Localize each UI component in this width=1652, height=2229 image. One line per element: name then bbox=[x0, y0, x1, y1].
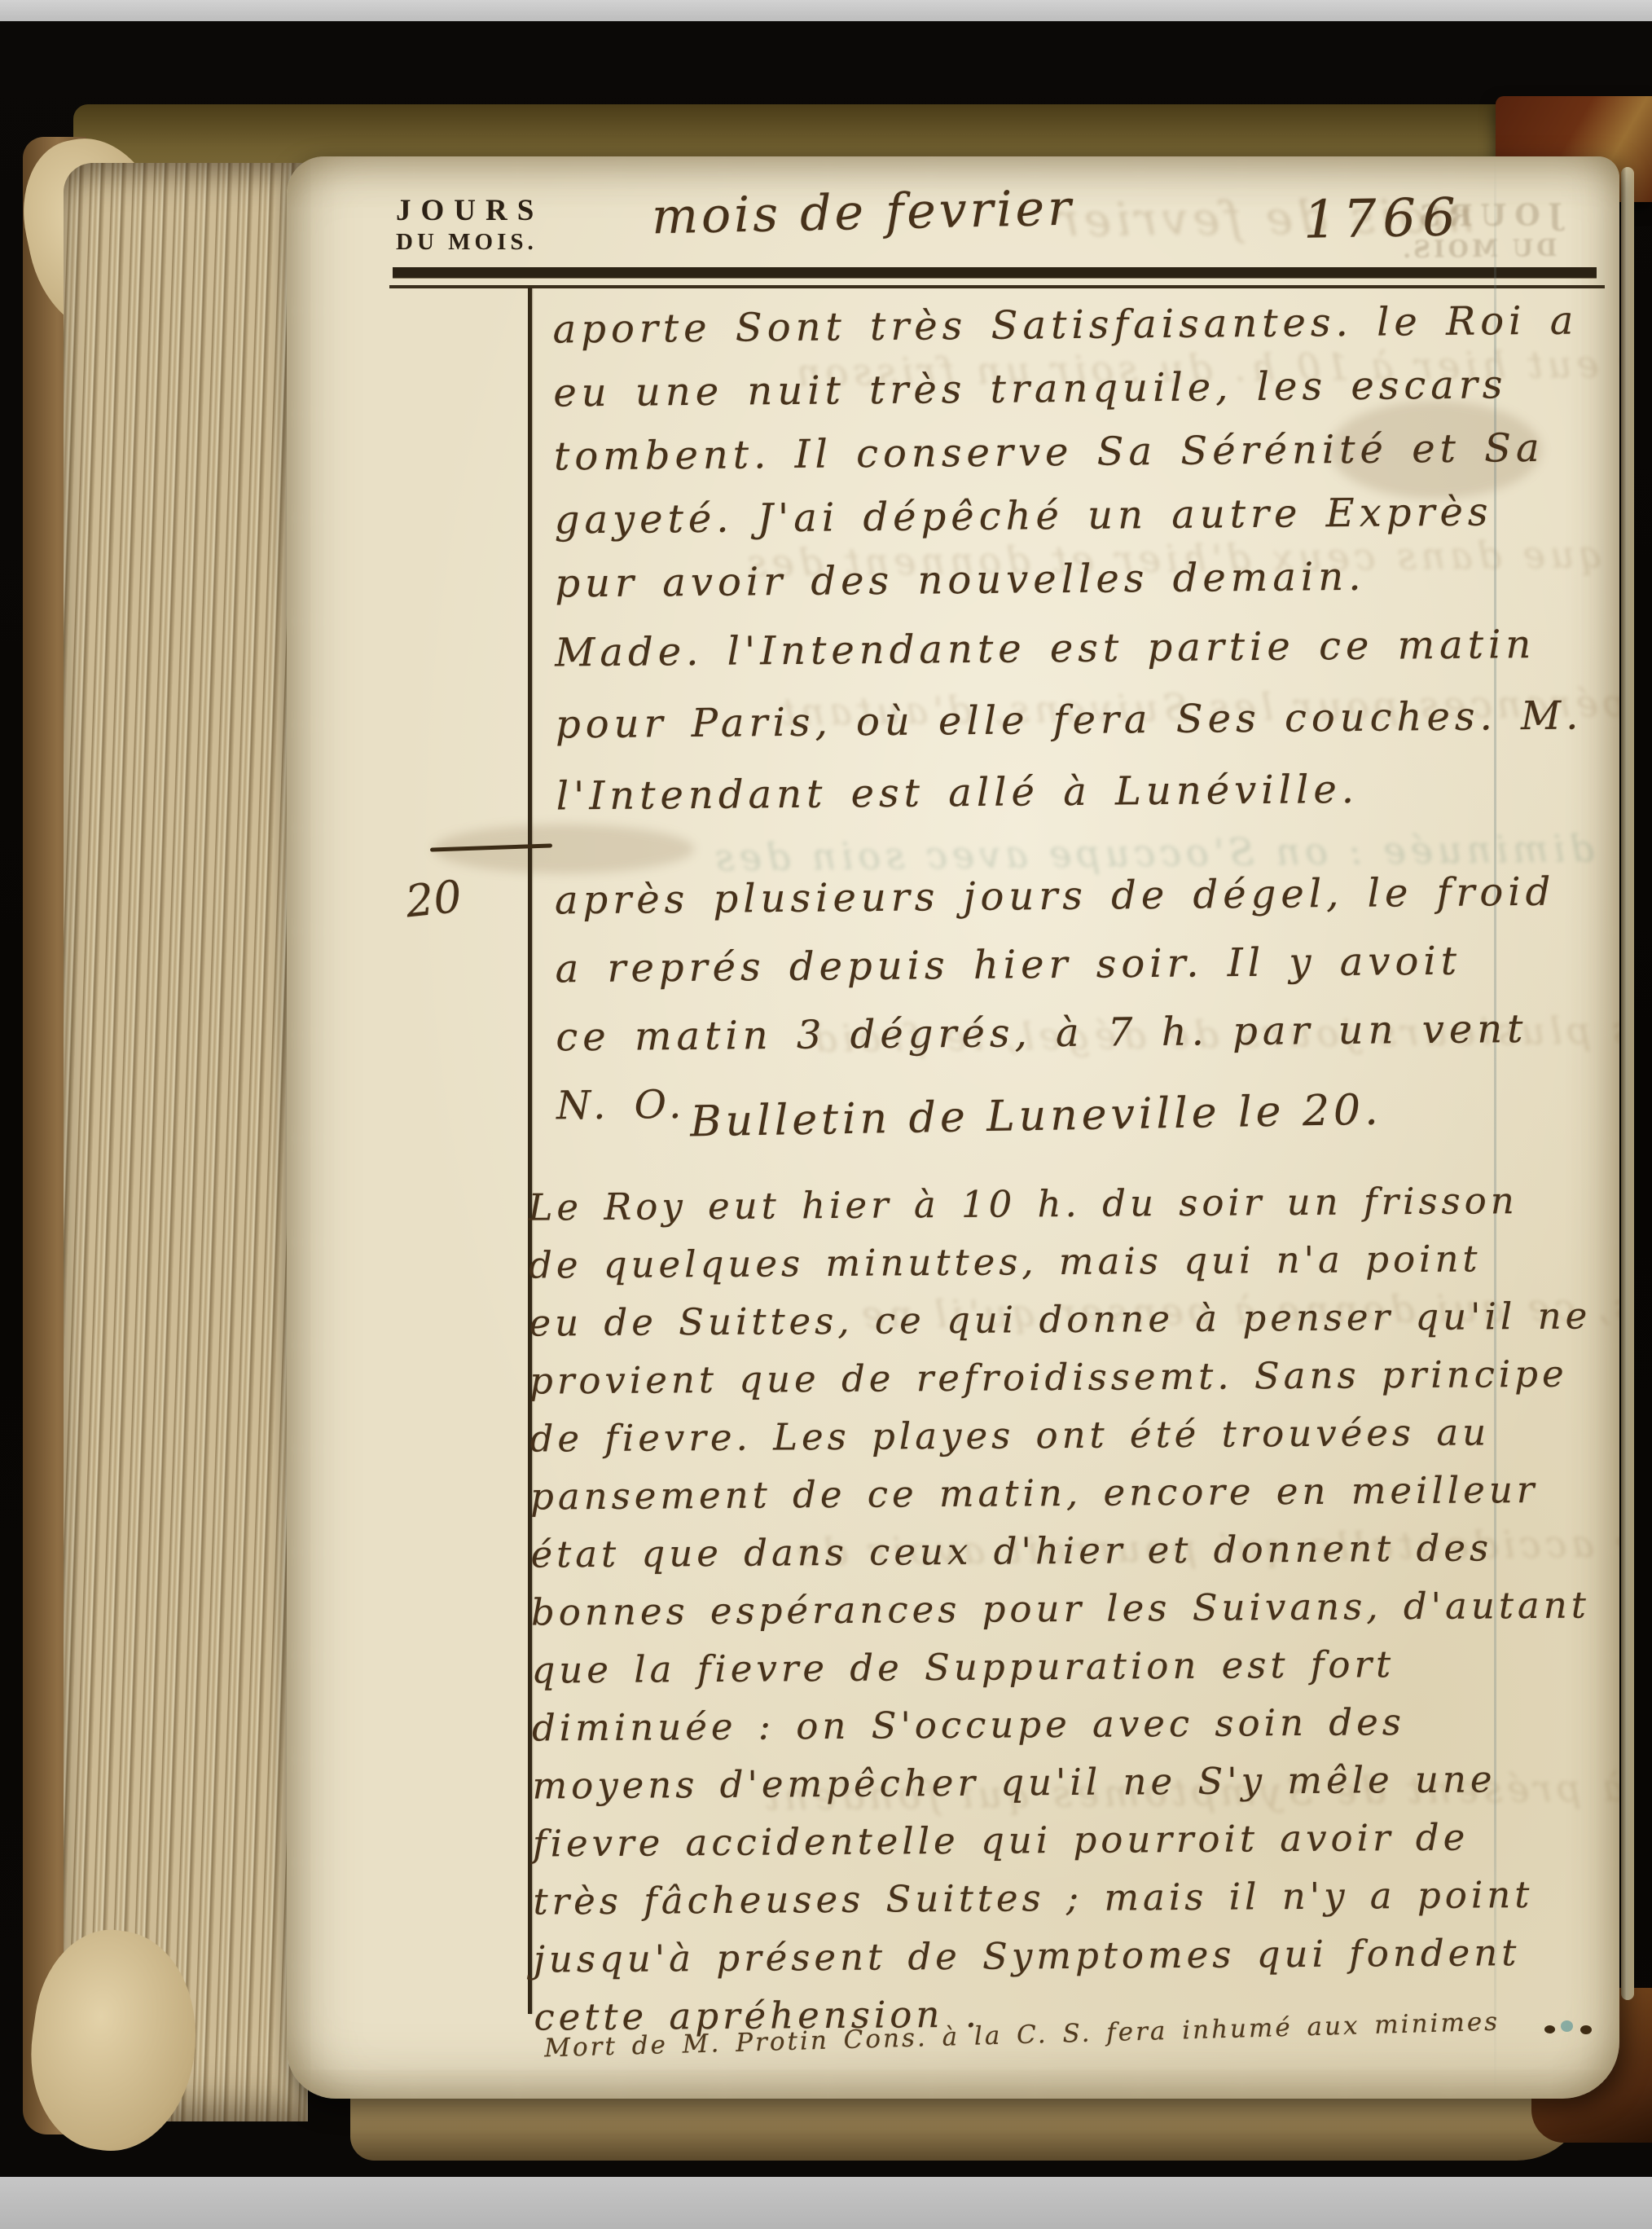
manuscript-line: pour Paris, où elle fera Ses couches. M. bbox=[556, 679, 1584, 760]
manuscript-line: pansement de ce matin, encore en meilleu… bbox=[530, 1460, 1593, 1525]
manuscript-line: ce matin 3 dégrés, à 7 h. par un vent bbox=[556, 995, 1557, 1072]
manuscript-line: tombent. Il conserve Sa Sérénité et Sa bbox=[554, 416, 1580, 489]
manuscript-line: diminuée : on S'occupe avec soin des bbox=[532, 1691, 1594, 1756]
manuscript-line: l'Intendant est allé à Lunéville. bbox=[556, 751, 1584, 832]
manuscript-line: eu une nuit très tranquile, les escars bbox=[553, 353, 1579, 425]
printed-column-header: JOURS DU MOIS. bbox=[396, 194, 543, 256]
manuscript-line: a représ depuis hier soir. Il y avoit bbox=[555, 926, 1556, 1004]
manuscript-line: Le Roy eut hier à 10 h. du soir un friss… bbox=[528, 1171, 1590, 1236]
header-rule-thin bbox=[389, 285, 1605, 288]
manuscript-line: eu de Suittes, ce qui donne à penser qu'… bbox=[529, 1286, 1591, 1352]
bulletin-body: Le Roy eut hier à 10 h. du soir un friss… bbox=[528, 1171, 1596, 2046]
scanner-bed-strip-bottom bbox=[0, 2177, 1652, 2229]
scanned-manuscript-background: JOURS DU MOIS. mois de fevrier Le Roy eu… bbox=[0, 0, 1652, 2229]
header-rule-thick bbox=[393, 267, 1597, 278]
next-page-edge bbox=[1621, 167, 1634, 2000]
manuscript-line: pur avoir des nouvelles demain. bbox=[555, 543, 1580, 616]
printed-header-line2: DU MOIS. bbox=[396, 229, 543, 256]
manuscript-line: gayeté. J'ai dépêché un autre Exprès bbox=[554, 480, 1580, 552]
page-edge-stack bbox=[64, 163, 308, 2121]
manuscript-line: très fâcheuses Suittes ; mais il n'y a p… bbox=[533, 1865, 1595, 1930]
manuscript-line: état que dans ceux d'hier et donnent des bbox=[530, 1518, 1593, 1583]
manuscript-line: après plusieurs jours de dégel, le froid bbox=[555, 858, 1556, 935]
manuscript-line: aporte Sont très Satisfaisantes. le Roi … bbox=[552, 289, 1578, 362]
handwritten-year: 1766 bbox=[1303, 187, 1462, 250]
handwritten-month-title: mois de fevrier bbox=[651, 180, 1074, 246]
manuscript-line: Made. l'Intendante est partie ce matin bbox=[555, 609, 1583, 689]
manuscript-line: moyens d'empêcher qu'il ne S'y mêle une bbox=[532, 1749, 1594, 1814]
manuscript-line: de quelques minuttes, mais qui n'a point bbox=[529, 1229, 1591, 1294]
entry-block-continuation: aporte Sont très Satisfaisantes. le Roi … bbox=[552, 289, 1580, 616]
manuscript-line: bonnes espérances pour les Suivans, d'au… bbox=[531, 1576, 1593, 1641]
manuscript-line: jusqu'à présent de Symptomes qui fondent bbox=[534, 1923, 1596, 1988]
margin-day-number: 20 bbox=[403, 871, 464, 928]
entry-block-intendante: Made. l'Intendante est partie ce matinpo… bbox=[555, 609, 1584, 833]
manuscript-line: de fievre. Les playes ont été trouvées a… bbox=[529, 1402, 1592, 1467]
manuscript-line: provient que de refroidissemt. Sans prin… bbox=[529, 1344, 1592, 1409]
printed-header-line1: JOURS bbox=[396, 194, 543, 229]
manuscript-page: JOURS DU MOIS. mois de fevrier Le Roy eu… bbox=[287, 156, 1619, 2099]
ink-dots bbox=[1544, 2020, 1593, 2035]
scanner-bed-strip-top bbox=[0, 0, 1652, 21]
manuscript-line: fievre accidentelle qui pourroit avoir d… bbox=[533, 1807, 1595, 1872]
manuscript-line: que la fievre de Suppuration est fort bbox=[531, 1633, 1593, 1699]
